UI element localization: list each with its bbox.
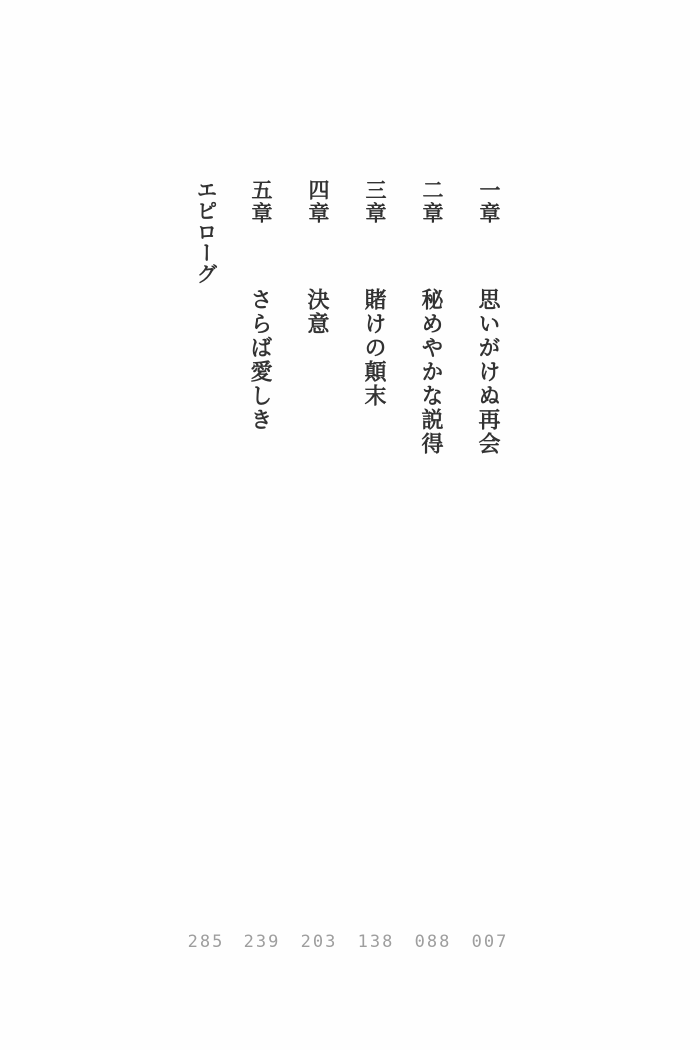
chapter-label-epilogue: エピローグ xyxy=(195,179,216,284)
toc-page: 一章 二章 三章 四章 五章 エピローグ 思いがけぬ再会 秘めやかな説得 賭けの… xyxy=(0,0,700,1050)
page-number-chapter-3: 138 xyxy=(346,932,406,952)
chapter-label-2: 二章 xyxy=(421,179,442,225)
chapter-label-5: 五章 xyxy=(250,179,271,225)
chapter-title-3: 賭けの顛末 xyxy=(363,288,385,408)
chapter-title-5: さらば愛しき xyxy=(249,288,271,432)
page-number-chapter-1: 007 xyxy=(460,932,520,952)
page-number-chapter-4: 203 xyxy=(289,932,349,952)
chapter-label-1: 一章 xyxy=(478,179,499,225)
page-number-epilogue: 285 xyxy=(176,932,236,952)
chapter-label-4: 四章 xyxy=(307,179,328,225)
chapter-title-4: 決意 xyxy=(306,288,328,336)
page-number-chapter-5: 239 xyxy=(232,932,292,952)
chapter-label-3: 三章 xyxy=(364,179,385,225)
page-number-chapter-2: 088 xyxy=(403,932,463,952)
chapter-title-1: 思いがけぬ再会 xyxy=(477,288,499,456)
chapter-title-2: 秘めやかな説得 xyxy=(420,288,442,456)
